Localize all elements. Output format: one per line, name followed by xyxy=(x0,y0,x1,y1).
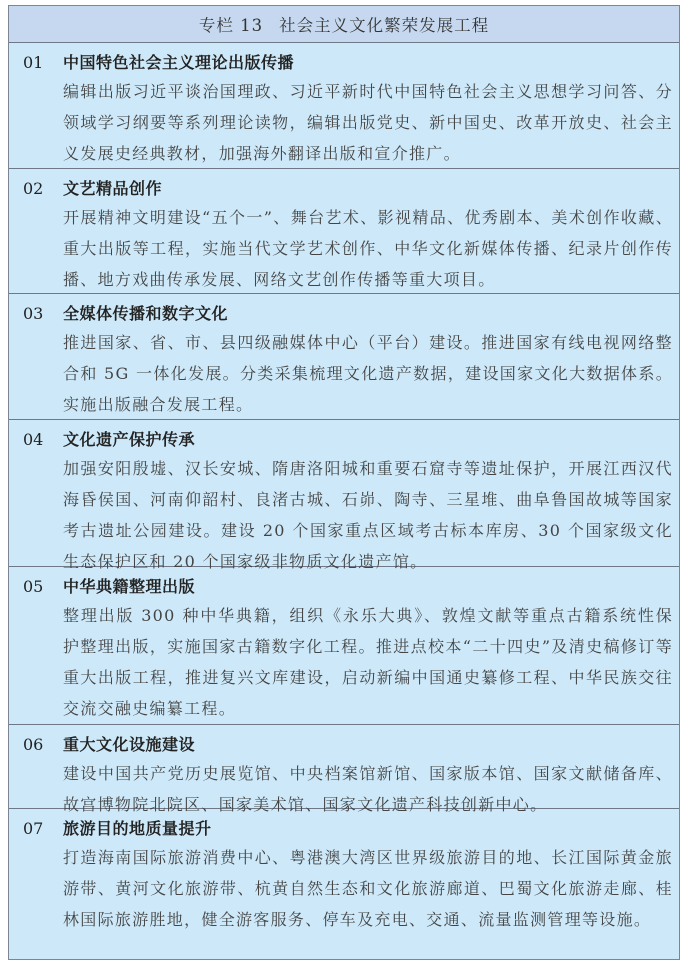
row-body: 加强安阳殷墟、汉长安城、隋唐洛阳城和重要石窟寺等遗址保护，开展江西汉代海昏侯国、… xyxy=(9,453,679,577)
row-number: 02 xyxy=(9,179,63,198)
table-row: 05 中华典籍整理出版 整理出版 300 种中华典籍，组织《永乐大典》、敦煌文献… xyxy=(9,567,679,725)
row-number: 03 xyxy=(9,304,63,323)
column-label: 专栏 13 xyxy=(199,12,263,36)
row-body: 打造海南国际旅游消费中心、粤港澳大湾区世界级旅游目的地、长江国际黄金旅游带、黄河… xyxy=(9,842,679,935)
table-row: 01 中国特色社会主义理论出版传播 编辑出版习近平谈治国理政、习近平新时代中国特… xyxy=(9,43,679,169)
table-row: 06 重大文化设施建设 建设中国共产党历史展览馆、中央档案馆新馆、国家版本馆、国… xyxy=(9,725,679,809)
row-title: 旅游目的地质量提升 xyxy=(63,816,212,839)
row-title: 中国特色社会主义理论出版传播 xyxy=(63,50,294,73)
row-number: 06 xyxy=(9,735,63,754)
table-row: 03 全媒体传播和数字文化 推进国家、省、市、县四级融媒体中心（平台）建设。推进… xyxy=(9,294,679,420)
table-row: 04 文化遗产保护传承 加强安阳殷墟、汉长安城、隋唐洛阳城和重要石窟寺等遗址保护… xyxy=(9,420,679,567)
row-body: 开展精神文明建设“五个一”、舞台艺术、影视精品、优秀剧本、美术创作收藏、重大出版… xyxy=(9,202,679,295)
table-row: 02 文艺精品创作 开展精神文明建设“五个一”、舞台艺术、影视精品、优秀剧本、美… xyxy=(9,169,679,294)
row-title: 文化遗产保护传承 xyxy=(63,427,195,450)
row-body: 整理出版 300 种中华典籍，组织《永乐大典》、敦煌文献等重点古籍系统性保护整理… xyxy=(9,600,679,724)
row-number: 05 xyxy=(9,577,63,596)
row-body: 推进国家、省、市、县四级融媒体中心（平台）建设。推进国家有线电视网络整合和 5G… xyxy=(9,327,679,420)
row-title: 重大文化设施建设 xyxy=(63,732,195,755)
column-table: 专栏 13 社会主义文化繁荣发展工程 01 中国特色社会主义理论出版传播 编辑出… xyxy=(8,5,680,960)
row-number: 07 xyxy=(9,819,63,838)
row-title: 中华典籍整理出版 xyxy=(63,574,195,597)
row-number: 04 xyxy=(9,430,63,449)
row-title: 全媒体传播和数字文化 xyxy=(63,301,228,324)
row-title: 文艺精品创作 xyxy=(63,176,162,199)
table-row: 07 旅游目的地质量提升 打造海南国际旅游消费中心、粤港澳大湾区世界级旅游目的地… xyxy=(9,809,679,959)
row-number: 01 xyxy=(9,53,63,72)
row-body: 编辑出版习近平谈治国理政、习近平新时代中国特色社会主义思想学习问答、分领域学习纲… xyxy=(9,76,679,169)
table-header: 专栏 13 社会主义文化繁荣发展工程 xyxy=(9,6,679,43)
column-title: 社会主义文化繁荣发展工程 xyxy=(279,12,489,36)
